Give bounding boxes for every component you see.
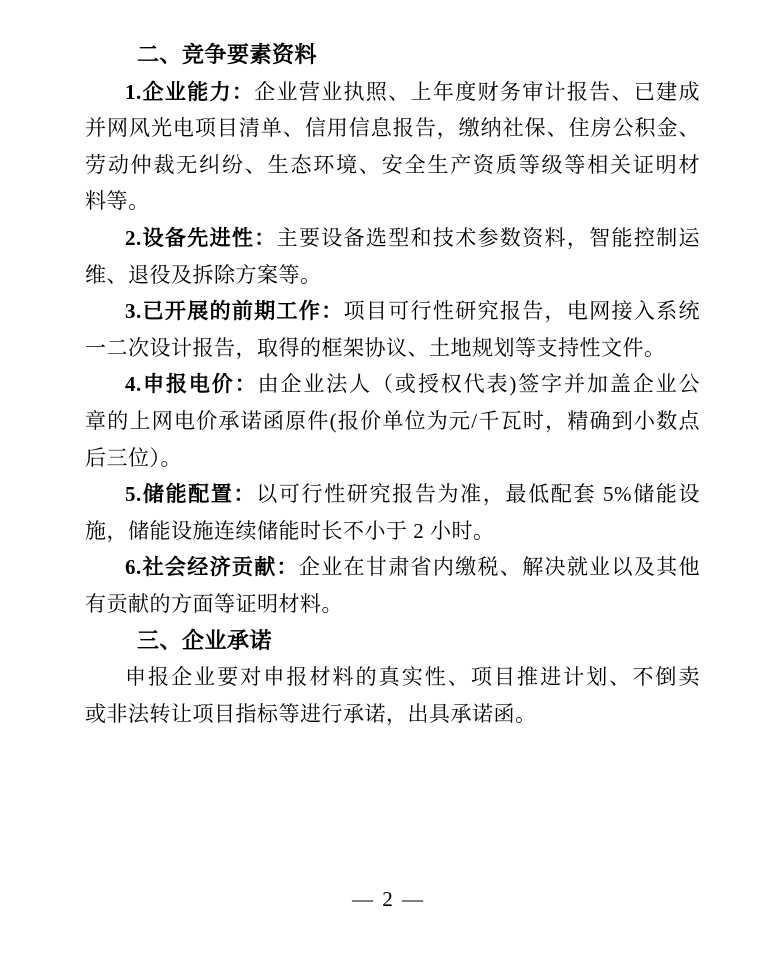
line-text: 企业营业执照、上年度财务审计报告、已建成 [254,80,700,104]
text-line: 并网风光电项目清单、信用信息报告，缴纳社保、住房公积金、 [85,110,700,147]
document-page: 二、竞争要素资料 1.企业能力：企业营业执照、上年度财务审计报告、已建成 并网风… [0,0,777,965]
text-line: 章的上网电价承诺函原件(报价单位为元/千瓦时，精确到小数点 [85,403,700,440]
text-line: 3.已开展的前期工作：项目可行性研究报告，电网接入系统 [85,293,700,330]
item-3-lead: 3.已开展的前期工作： [125,299,344,323]
line-text: 由企业法人（或授权代表)签字并加盖企业公 [258,372,700,396]
text-line: 6.社会经济贡献：企业在甘肃省内缴税、解决就业以及其他 [85,549,700,586]
item-5-lead: 5.储能配置： [125,482,256,506]
text-line: 申报企业要对申报材料的真实性、项目推进计划、不倒卖 [85,659,700,696]
text-line: 一二次设计报告，取得的框架协议、土地规划等支持性文件。 [85,330,700,367]
item-2-lead: 2.设备先进性： [125,226,277,250]
page-number: — 2 — [352,887,425,911]
page-footer: — 2 — [0,884,777,914]
text-line: 劳动仲裁无纠纷、生态环境、安全生产资质等级等相关证明材 [85,147,700,184]
text-line: 有贡献的方面等证明材料。 [85,586,700,623]
text-line: 维、退役及拆除方案等。 [85,257,700,294]
section-heading-2: 二、竞争要素资料 [85,37,700,74]
section-heading-3: 三、企业承诺 [85,623,700,660]
text-line: 1.企业能力：企业营业执照、上年度财务审计报告、已建成 [85,74,700,111]
text-line: 4.申报电价：由企业法人（或授权代表)签字并加盖企业公 [85,366,700,403]
document-body: 二、竞争要素资料 1.企业能力：企业营业执照、上年度财务审计报告、已建成 并网风… [85,37,700,732]
item-4-lead: 4.申报电价： [125,372,258,396]
item-1-lead: 1.企业能力： [125,80,254,104]
line-text: 申报企业要对申报材料的真实性、项目推进计划、不倒卖 [125,665,700,689]
text-line: 5.储能配置：以可行性研究报告为准，最低配套 5%储能设 [85,476,700,513]
line-text: 以可行性研究报告为准，最低配套 5%储能设 [256,482,700,506]
line-text: 企业在甘肃省内缴税、解决就业以及其他 [299,555,700,579]
line-text: 项目可行性研究报告，电网接入系统 [344,299,700,323]
text-line: 施，储能设施连续储能时长不小于 2 小时。 [85,513,700,550]
text-line: 或非法转让项目指标等进行承诺，出具承诺函。 [85,696,700,733]
item-6-lead: 6.社会经济贡献： [125,555,299,579]
text-line: 后三位）。 [85,440,700,477]
text-line: 料等。 [85,183,700,220]
line-text: 主要设备选型和技术参数资料，智能控制运 [277,226,700,250]
text-line: 2.设备先进性：主要设备选型和技术参数资料，智能控制运 [85,220,700,257]
